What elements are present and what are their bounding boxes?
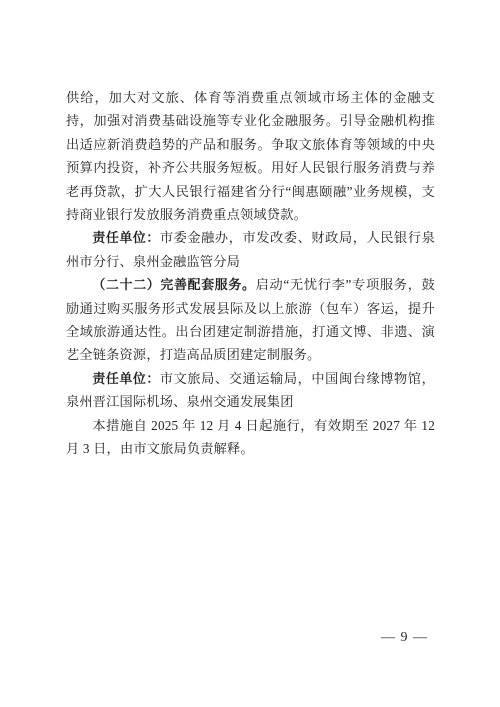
- effective-date-text: 本措施自 2025 年 12 月 4 日起施行，有效期至 2027 年 12 月…: [66, 418, 435, 456]
- paragraph-responsible-units-1: 责任单位：市委金融办，市发改委、财政局，人民银行泉州市分行、泉州金融监管分局: [66, 226, 435, 273]
- document-body-text: 供给，加大对文旅、体育等消费重点领域市场主体的金融支持，加强对消费基础设施等专业…: [66, 86, 435, 461]
- paragraph-text: 供给，加大对文旅、体育等消费重点领域市场主体的金融支持，加强对消费基础设施等专业…: [66, 90, 435, 222]
- paragraph-section-22: （二十二）完善配套服务。启动“无忧行李”专项服务，鼓励通过购买服务形式发展县际及…: [66, 273, 435, 367]
- paragraph-continuation: 供给，加大对文旅、体育等消费重点领域市场主体的金融支持，加强对消费基础设施等专业…: [66, 86, 435, 226]
- responsible-units-label: 责任单位：: [92, 371, 159, 386]
- section-22-heading: （二十二）完善配套服务。: [92, 277, 255, 292]
- paragraph-responsible-units-2: 责任单位：市文旅局、交通运输局，中国闽台缘博物馆，泉州晋江国际机场、泉州交通发展…: [66, 367, 435, 414]
- document-page: 供给，加大对文旅、体育等消费重点领域市场主体的金融支持，加强对消费基础设施等专业…: [0, 0, 500, 707]
- responsible-units-label: 责任单位：: [92, 230, 159, 245]
- paragraph-effective-date: 本措施自 2025 年 12 月 4 日起施行，有效期至 2027 年 12 月…: [66, 414, 435, 461]
- page-number: — 9 —: [381, 630, 428, 646]
